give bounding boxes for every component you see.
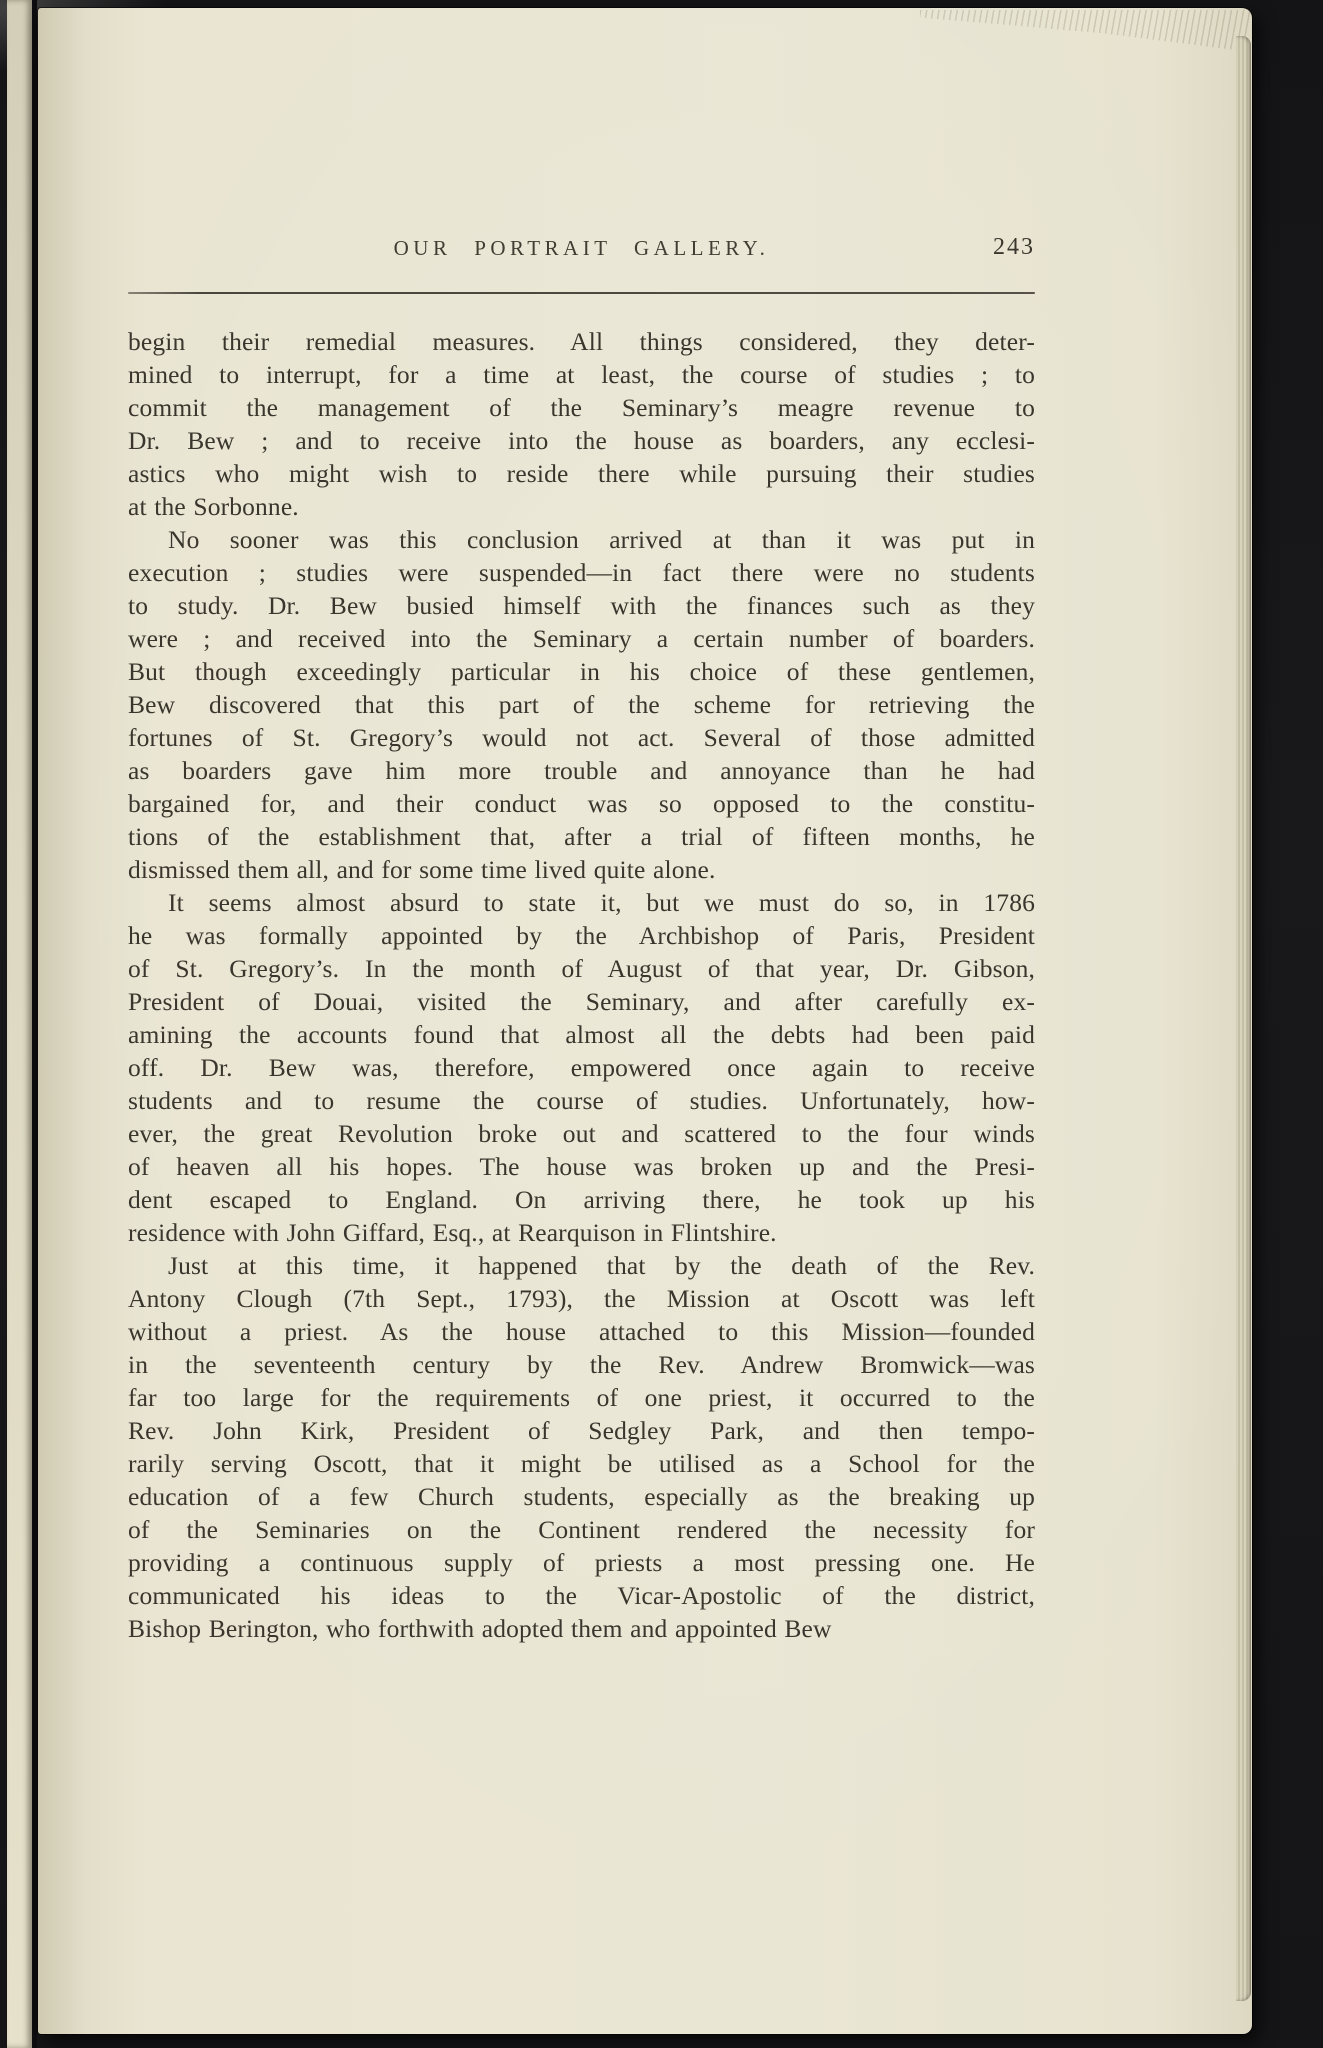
- text-line: providing a continuous supply of priests…: [128, 1546, 1035, 1579]
- text-line: execution ; studies were suspended—in fa…: [128, 556, 1035, 589]
- paragraph: Just at this time, it happened that by t…: [128, 1249, 1035, 1645]
- text-line: Dr. Bew ; and to receive into the house …: [128, 424, 1035, 457]
- text-line: begin their remedial measures. All thing…: [128, 325, 1035, 358]
- paragraph: begin their remedial measures. All thing…: [128, 325, 1035, 523]
- text-line: rarily serving Oscott, that it might be …: [128, 1447, 1035, 1480]
- text-line: residence with John Giffard, Esq., at Re…: [128, 1216, 1035, 1249]
- text-line: he was formally appointed by the Archbis…: [128, 919, 1035, 952]
- previous-page-edge: [7, 0, 37, 2048]
- text-line: fortunes of St. Gregory’s would not act.…: [128, 721, 1035, 754]
- text-line: at the Sorbonne.: [128, 490, 1035, 523]
- text-line: communicated his ideas to the Vicar-Apos…: [128, 1579, 1035, 1612]
- book-page: OUR PORTRAIT GALLERY. 243 begin their re…: [38, 8, 1252, 2034]
- text-line: Bew discovered that this part of the sch…: [128, 688, 1035, 721]
- paragraph: It seems almost absurd to state it, but …: [128, 886, 1035, 1249]
- text-line: No sooner was this conclusion arrived at…: [128, 523, 1035, 556]
- text-line: Bishop Berington, who forthwith adopted …: [128, 1612, 1035, 1645]
- header-title: OUR PORTRAIT GALLERY.: [128, 236, 1035, 261]
- page-content: OUR PORTRAIT GALLERY. 243 begin their re…: [38, 8, 1252, 1645]
- text-line: of St. Gregory’s. In the month of August…: [128, 952, 1035, 985]
- text-line: of heaven all his hopes. The house was b…: [128, 1150, 1035, 1183]
- text-line: in the seventeenth century by the Rev. A…: [128, 1348, 1035, 1381]
- running-header: OUR PORTRAIT GALLERY. 243: [128, 236, 1035, 264]
- text-line: tions of the establishment that, after a…: [128, 820, 1035, 853]
- text-line: education of a few Church students, espe…: [128, 1480, 1035, 1513]
- paragraph: No sooner was this conclusion arrived at…: [128, 523, 1035, 886]
- text-line: commit the management of the Seminary’s …: [128, 391, 1035, 424]
- text-line: without a priest. As the house attached …: [128, 1315, 1035, 1348]
- text-line: ever, the great Revolution broke out and…: [128, 1117, 1035, 1150]
- page-number: 243: [993, 234, 1035, 261]
- text-line: Just at this time, it happened that by t…: [128, 1249, 1035, 1282]
- text-line: off. Dr. Bew was, therefore, empowered o…: [128, 1051, 1035, 1084]
- text-line: of the Seminaries on the Continent rende…: [128, 1513, 1035, 1546]
- text-line: bargained for, and their conduct was so …: [128, 787, 1035, 820]
- text-line: Rev. John Kirk, President of Sedgley Par…: [128, 1414, 1035, 1447]
- text-line: far too large for the requirements of on…: [128, 1381, 1035, 1414]
- text-line: dent escaped to England. On arriving the…: [128, 1183, 1035, 1216]
- text-line: astics who might wish to reside there wh…: [128, 457, 1035, 490]
- text-line: It seems almost absurd to state it, but …: [128, 886, 1035, 919]
- header-rule: [128, 292, 1035, 294]
- text-line: were ; and received into the Seminary a …: [128, 622, 1035, 655]
- text-line: dismissed them all, and for some time li…: [128, 853, 1035, 886]
- page-text: begin their remedial measures. All thing…: [128, 325, 1035, 1645]
- text-line: President of Douai, visited the Seminary…: [128, 985, 1035, 1018]
- text-line: mined to interrupt, for a time at least,…: [128, 358, 1035, 391]
- book-spread: OUR PORTRAIT GALLERY. 243 begin their re…: [0, 0, 1323, 2048]
- text-line: as boarders gave him more trouble and an…: [128, 754, 1035, 787]
- text-line: amining the accounts found that almost a…: [128, 1018, 1035, 1051]
- text-line: students and to resume the course of stu…: [128, 1084, 1035, 1117]
- text-line: But though exceedingly particular in his…: [128, 655, 1035, 688]
- text-line: Antony Clough (7th Sept., 1793), the Mis…: [128, 1282, 1035, 1315]
- text-line: to study. Dr. Bew busied himself with th…: [128, 589, 1035, 622]
